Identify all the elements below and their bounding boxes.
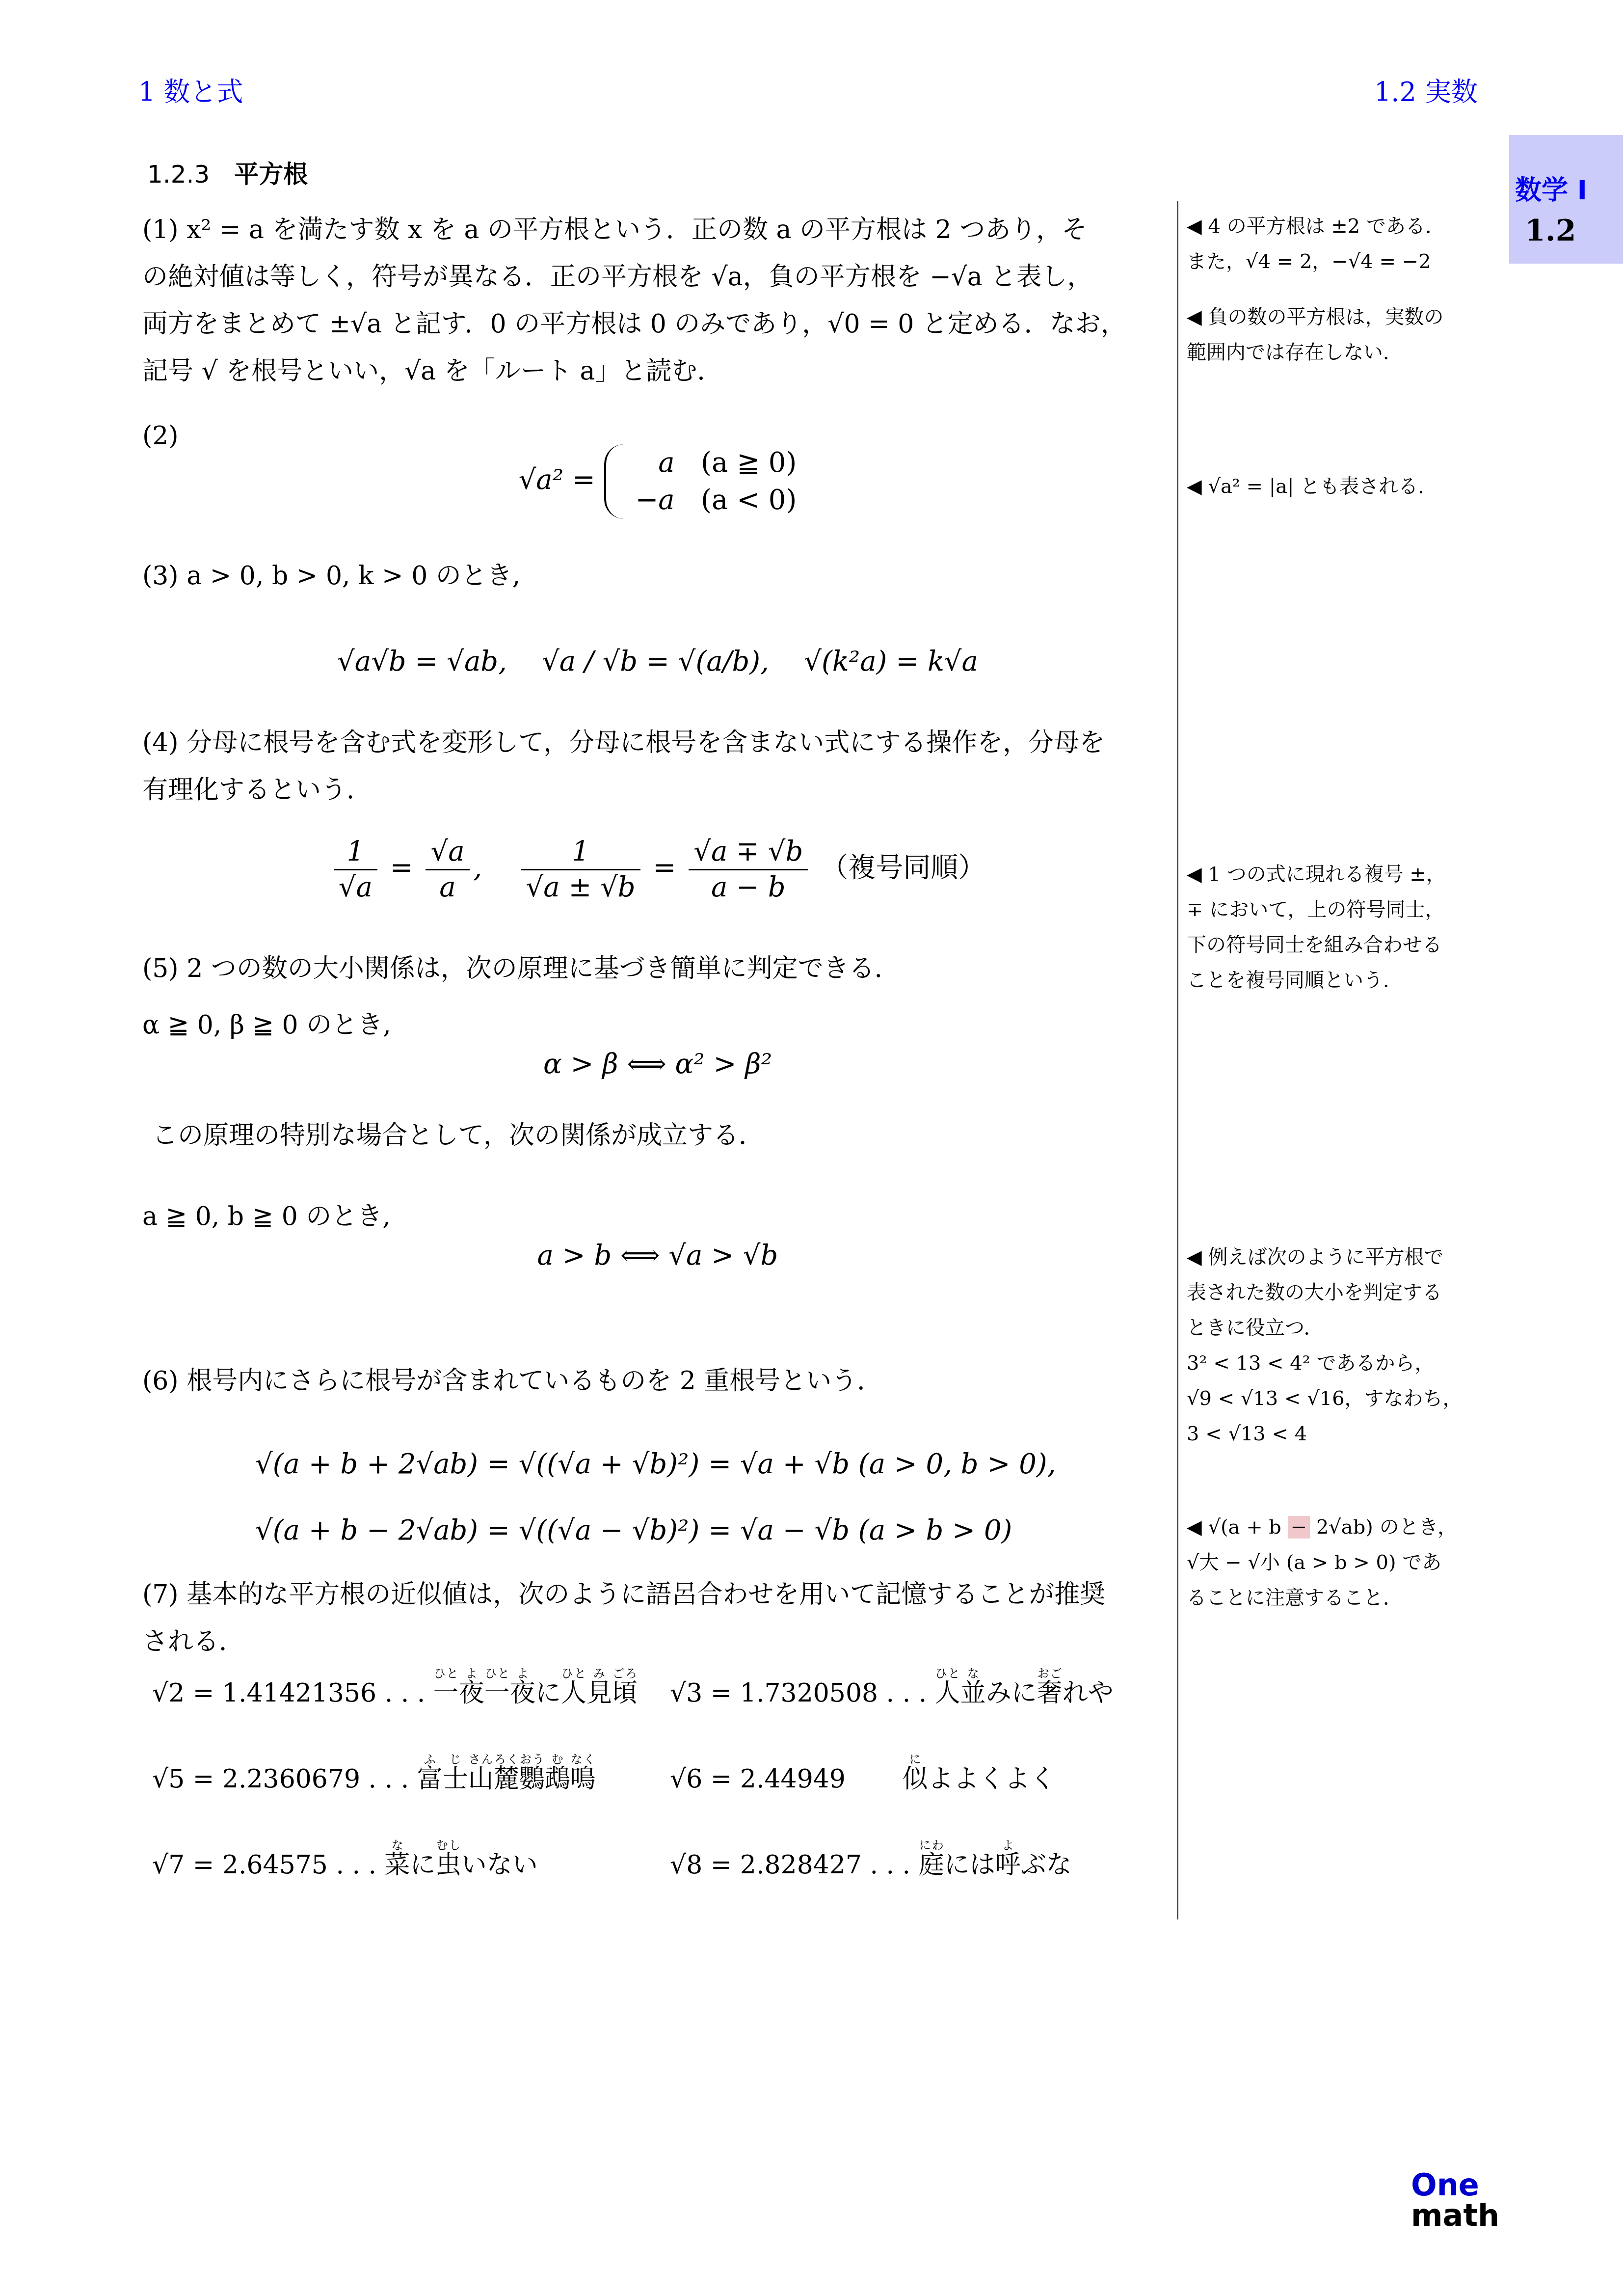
item-7-line: される． bbox=[142, 1618, 1173, 1665]
case-row: −a (a < 0) bbox=[621, 482, 797, 519]
approx-sqrt2: √2 = 1.41421356 . . . 一ひと夜よ一ひと夜よに人ひと見み頃ご… bbox=[152, 1667, 638, 1709]
approx-sqrt7: √7 = 2.64575 . . . 菜なに虫むしいない bbox=[152, 1838, 538, 1881]
section-header: 1.2 実数 bbox=[1374, 71, 1478, 109]
section-title-number: 1.2.3 bbox=[147, 160, 210, 189]
formula-quotient: √a / √b = √(a/b), bbox=[542, 646, 769, 677]
side-note-5: ◀ 例えば次のように平方根で表された数の大小を判定する ときに役立つ．3² < … bbox=[1187, 1240, 1501, 1452]
double-sign-note: （複号同順） bbox=[821, 852, 985, 884]
item-1-line: 記号 √ を根号といい，√a を「ルート a」と読む． bbox=[142, 348, 1173, 395]
side-note-6: ◀ √(a + b − 2√ab) のとき， √大 − √小 (a > b > … bbox=[1187, 1510, 1501, 1616]
fraction: 1√a bbox=[334, 835, 377, 905]
highlight-minus: − bbox=[1288, 1516, 1310, 1539]
fraction: √aa bbox=[426, 835, 469, 905]
item-3-label: (3) a > 0, b > 0, k > 0 のとき, bbox=[142, 552, 1173, 599]
fraction: √a ∓ √ba − b bbox=[689, 835, 808, 905]
item-3-formulas: √a√b = √ab, √a / √b = √(a/b), √(k²a) = k… bbox=[142, 638, 1173, 685]
cases-brace: a (a ≧ 0) −a (a < 0) bbox=[604, 444, 797, 519]
side-note-1: ◀ 4 の平方根は ±2 である．また，√4 = 2，−√4 = −2 bbox=[1187, 209, 1501, 279]
subject-tab: 数学 I 1.2 bbox=[1509, 135, 1623, 264]
side-note-2: ◀ 負の数の平方根は，実数の範囲内では存在しない． bbox=[1187, 299, 1501, 370]
item-4-line: (4) 分母に根号を含む式を変形して，分母に根号を含まない式にする操作を，分母を bbox=[142, 719, 1173, 766]
chapter-header: 1 数と式 bbox=[138, 71, 243, 109]
side-note-4: ◀ 1 つの式に現れる複号 ±，∓ において，上の符号同士， 下の符号同士を組み… bbox=[1187, 857, 1501, 998]
subject-label: 数学 I bbox=[1515, 169, 1587, 207]
side-note-3: ◀ √a² = |a| とも表される． bbox=[1187, 469, 1501, 504]
item-4: (4) 分母に根号を含む式を変形して，分母に根号を含まない式にする操作を，分母を… bbox=[142, 719, 1173, 813]
formula-extract: √(k²a) = k√a bbox=[804, 646, 978, 677]
section-title-name: 平方根 bbox=[234, 160, 308, 189]
approx-sqrt3: √3 = 1.7320508 . . . 人ひと並なみに奢おごれや bbox=[670, 1667, 1114, 1709]
item-5-eq1: α > β ⟺ α² > β² bbox=[142, 1041, 1173, 1088]
item-1-line: の絶対値は等しく，符号が異なる．正の平方根を √a，負の平方根を −√a と表し… bbox=[142, 253, 1173, 300]
rationalize-formulas: 1√a = √aa, 1√a ± √b = √a ∓ √ba − b （複号同順… bbox=[142, 835, 1173, 905]
item-5-eq2: a > b ⟺ √a > √b bbox=[142, 1232, 1173, 1279]
formula-product: √a√b = √ab, bbox=[337, 646, 507, 677]
section-number: 1.2 bbox=[1525, 214, 1576, 248]
fraction: 1√a ± √b bbox=[521, 835, 640, 905]
approx-sqrt5: √5 = 2.2360679 . . . 富ふ士じ山麓さんろく鸚おう鵡む鳴なく bbox=[152, 1753, 596, 1795]
section-title: 1.2.3平方根 bbox=[147, 155, 308, 190]
item-1-line: (1) x² = a を満たす数 x を a の平方根という．正の数 a の平方… bbox=[142, 206, 1173, 253]
margin-divider bbox=[1177, 201, 1178, 1919]
item-6-intro: (6) 根号内にさらに根号が含まれているものを 2 重根号という． bbox=[142, 1357, 1173, 1405]
item-4-line: 有理化するという． bbox=[142, 766, 1173, 813]
double-root-eq2: √(a + b − 2√ab) = √((√a − √b)²) = √a − √… bbox=[142, 1507, 1286, 1554]
logo-bottom: math bbox=[1411, 2200, 1499, 2231]
item-7-line: (7) 基本的な平方根の近似値は，次のように語呂合わせを用いて記憶することが推奨 bbox=[142, 1571, 1173, 1618]
item-5-intro: (5) 2 つの数の大小関係は，次の原理に基づき簡単に判定できる． bbox=[142, 945, 1173, 992]
item-1: (1) x² = a を満たす数 x を a の平方根という．正の数 a の平方… bbox=[142, 206, 1173, 395]
onemath-logo: One math bbox=[1411, 2170, 1499, 2231]
item-1-line: 両方をまとめて ±√a と記す．0 の平方根は 0 のみであり，√0 = 0 と… bbox=[142, 300, 1173, 348]
approx-sqrt6: √6 = 2.44949 似によよくよく bbox=[670, 1753, 1056, 1795]
logo-top: One bbox=[1411, 2170, 1499, 2200]
item-5-special: この原理の特別な場合として，次の関係が成立する． bbox=[152, 1112, 1183, 1159]
item-7: (7) 基本的な平方根の近似値は，次のように語呂合わせを用いて記憶することが推奨… bbox=[142, 1571, 1173, 1665]
case-row: a (a ≧ 0) bbox=[621, 444, 797, 482]
item-2-equation: √a² = a (a ≧ 0) −a (a < 0) bbox=[142, 444, 1173, 519]
item-2-lhs: √a² = bbox=[519, 464, 595, 496]
double-root-eq1: √(a + b + 2√ab) = √((√a + √b)²) = √a + √… bbox=[142, 1441, 1286, 1488]
approx-sqrt8: √8 = 2.828427 . . . 庭にわには呼よぶな bbox=[670, 1838, 1072, 1881]
